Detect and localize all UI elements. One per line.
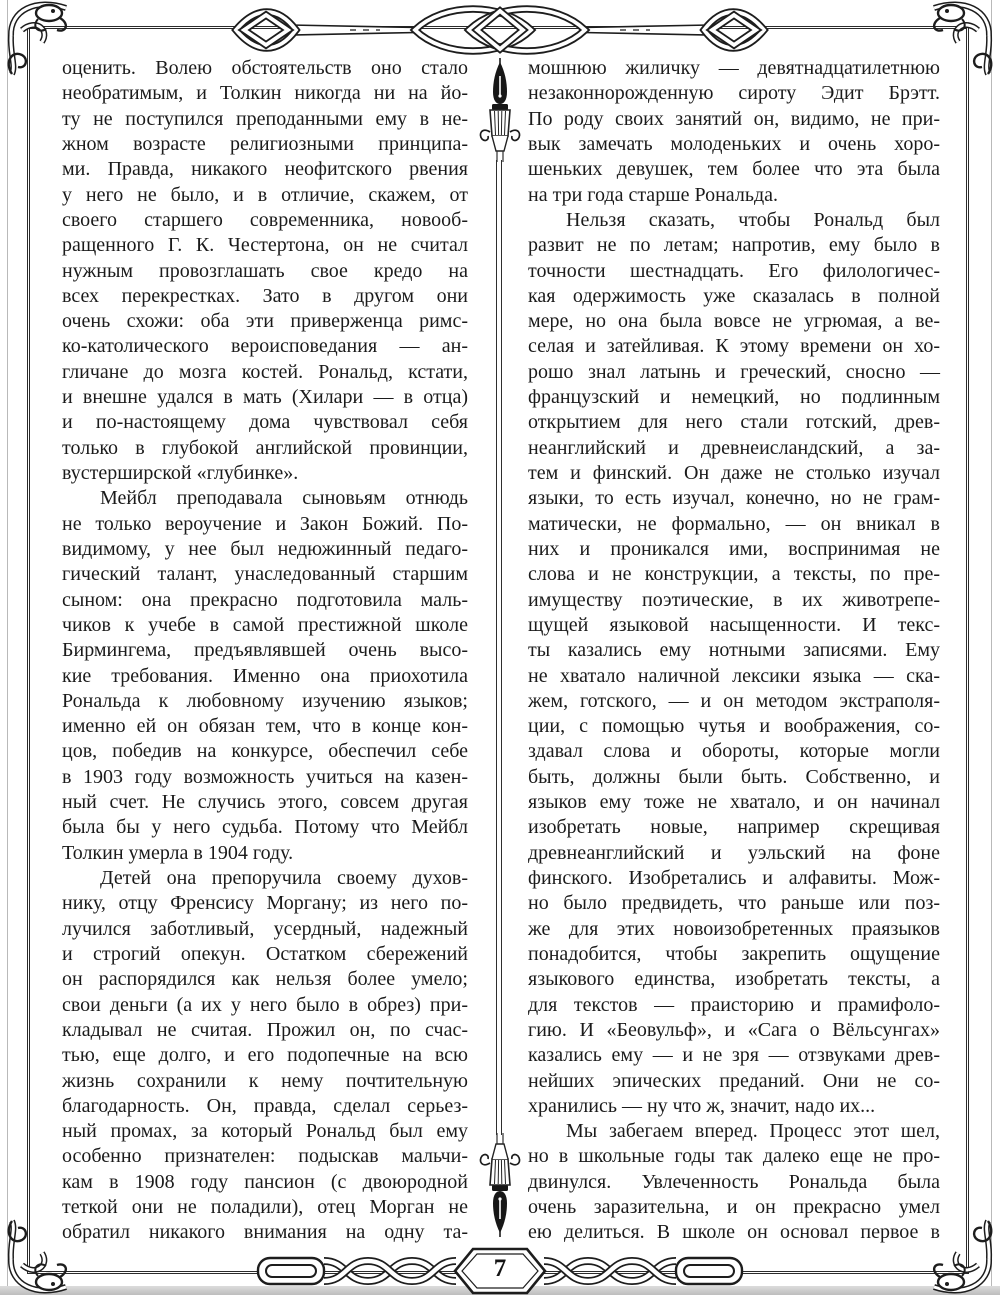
text-line: гию. И «Беовульф», и «Сага о Вёльсунгах» — [528, 1018, 940, 1043]
text-line: гический талант, унаследованный старшим — [62, 562, 468, 587]
text-line: была бы у него судьба. Потому что Мейбл — [62, 815, 468, 840]
text-line: ты казались ему нотными записями. Ему — [528, 638, 940, 663]
text-line: же для этих новоизобретенных праязыков — [528, 917, 940, 942]
scan-edge-line — [991, 0, 992, 1295]
text-line: кам в 1908 году пансион (с двоюродной — [62, 1170, 468, 1195]
text-line: цов, победив на конкурсе, обеспечил себе — [62, 739, 468, 764]
text-line: Рональда к любовному изучению языков; — [62, 689, 468, 714]
text-line: своего старшего современника, новооб- — [62, 208, 468, 233]
text-line: слова и не конструкции, а тексты, по пре… — [528, 562, 940, 587]
text-line: оценить. Волею обстоятельств оно стало — [62, 56, 468, 81]
text-line: необратимым, и Толкин никогда ни на йо- — [62, 81, 468, 106]
text-line: только в глубокой английской провинции, — [62, 436, 468, 461]
text-line: неанглийский и древнеисландский, а за- — [528, 436, 940, 461]
text-line: понадобится, чтобы закрепить ощущение — [528, 942, 940, 967]
text-line: для текстов — праисторию и прамифоло- — [528, 993, 940, 1018]
text-line: хранились — ну что ж, значит, надо их... — [528, 1094, 940, 1119]
text-line: Бирмингема, предъявлявшей очень высо- — [62, 638, 468, 663]
text-line: языки, то есть изучал, конечно, но не гр… — [528, 486, 940, 511]
text-line: Мейбл преподавала сыновьям отнюдь — [62, 486, 468, 511]
text-line: изобретать новые, например скрещивая — [528, 815, 940, 840]
text-line: рошо знал латынь и греческий, сносно — — [528, 360, 940, 385]
pen-nib-icon — [478, 58, 522, 162]
text-line: развит не по летам; напротив, ему было в — [528, 233, 940, 258]
text-line: но было предвидеть, что раньше или поз- — [528, 891, 940, 916]
text-line: очень заразительна, и он прекрасно умел — [528, 1195, 940, 1220]
text-line: именно ей он обязан тем, что в конце кон… — [62, 714, 468, 739]
text-line: чиков к учебе в самой престижной школе — [62, 613, 468, 638]
text-line: древнеанглийский и уэльский на фоне — [528, 841, 940, 866]
text-line: но в школьные годы так далеко еще не про… — [528, 1144, 940, 1169]
text-line: теткой они не поладили), отец Морган не — [62, 1195, 468, 1220]
text-line: ею делиться. В школе он основал первое в — [528, 1220, 940, 1245]
text-line: шеньких девушек, тем более что эта была — [528, 157, 940, 182]
text-line: на три года старше Рональда. — [528, 183, 940, 208]
text-line: Нельзя сказать, чтобы Рональд был — [528, 208, 940, 233]
text-line: незаконнорожденную сироту Эдит Брэтт. — [528, 81, 940, 106]
text-line: не только вероучение и Закон Божий. По- — [62, 512, 468, 537]
text-line: Мы забегаем вперед. Процесс этот шел, — [528, 1119, 940, 1144]
text-line: селая и затейливая. К этому времени он х… — [528, 334, 940, 359]
text-column-left: оценить. Волею обстоятельств оно сталоне… — [62, 56, 468, 1246]
text-line: и строгий опекун. Остатком сбережений — [62, 942, 468, 967]
text-line: нужным провозглашать свое кредо на — [62, 259, 468, 284]
page-number: 7 — [470, 1252, 530, 1286]
text-line: финского. Изобретались и алфавиты. Мож- — [528, 866, 940, 891]
text-line: нейших эпических преданий. Они не со- — [528, 1069, 940, 1094]
text-line: Толкин умерла в 1904 году. — [62, 841, 468, 866]
text-line: французский и немецкий, но подлинным — [528, 385, 940, 410]
text-line: очень схожи: оба эти приверженца римс- — [62, 309, 468, 334]
text-line: в 1903 году возможность учиться на казен… — [62, 765, 468, 790]
text-line: Детей она препоручила своему духов- — [62, 866, 468, 891]
text-line: свои деньги (а их у него было в обрез) п… — [62, 993, 468, 1018]
text-line: тем и финский. Он даже не столько изучал — [528, 461, 940, 486]
text-line: ми. Правда, никакого неофитского рвения — [62, 157, 468, 182]
text-line: По роду своих занятий он, видимо, не при… — [528, 107, 940, 132]
text-line: ту не поступился преподанными ему в не- — [62, 107, 468, 132]
text-line: особенно признателен: подыскав мальчи- — [62, 1144, 468, 1169]
pen-nib-icon — [478, 1133, 522, 1237]
text-line: ный промах, за который Рональд был ему — [62, 1119, 468, 1144]
text-line: матически, не формально, — он вникал в — [528, 512, 940, 537]
text-line: не хватало наличной лексики языка — ска- — [528, 664, 940, 689]
text-line: и внешне удался в мать (Хилари — в отца) — [62, 385, 468, 410]
text-line: тью, еще долго, и его подопечные на всю — [62, 1043, 468, 1068]
text-line: всех перекрестках. Зато в другом они — [62, 284, 468, 309]
text-line: точности шестнадцать. Его филологичес- — [528, 259, 940, 284]
text-line: них и проникался ими, воспринимая не — [528, 537, 940, 562]
text-line: жем, готского, — и он методом экстраполя… — [528, 689, 940, 714]
text-line: он распорядился как нельзя более умело; — [62, 967, 468, 992]
text-line: лучился заботливый, усердный, надежный — [62, 917, 468, 942]
text-line: здавал слова и обороты, которые могли — [528, 739, 940, 764]
text-line: ции, с помощью чутья и воображения, со- — [528, 714, 940, 739]
text-line: ный счет. Не случись этого, совсем друга… — [62, 790, 468, 815]
column-divider-rule — [496, 160, 502, 1135]
text-line: видимому, у нее был недюжинный педаго- — [62, 537, 468, 562]
text-line: ращенного Г. К. Честертона, он не считал — [62, 233, 468, 258]
text-line: вустерширской «глубинке». — [62, 461, 468, 486]
text-line: мошнюю жиличку — девятнадцатилетнюю — [528, 56, 940, 81]
text-line: кладывал не считая. Прожил он, по счас- — [62, 1018, 468, 1043]
text-line: двинулся. Увлеченность Рональда была — [528, 1170, 940, 1195]
text-line: вык замечать молоденьких и очень хоро- — [528, 132, 940, 157]
celtic-knot-headpiece-icon — [230, 2, 770, 58]
text-column-right: мошнюю жиличку — девятнадцатилетнююнезак… — [528, 56, 940, 1246]
text-line: открытием для него стали готский, древ- — [528, 410, 940, 435]
text-line: ко-католического вероисповедания — ан- — [62, 334, 468, 359]
text-line: казались ему — и не зря — отзвуками древ… — [528, 1043, 940, 1068]
text-line: у него не было, и в отличие, скажем, от — [62, 183, 468, 208]
text-line: обратил никакого внимания на одну та- — [62, 1220, 468, 1245]
scan-edge-line — [7, 0, 8, 1295]
text-line: жном возрасте религиозными принципа- — [62, 132, 468, 157]
book-page: оценить. Волею обстоятельств оно сталоне… — [0, 0, 1000, 1295]
text-line: имуществу поэтические, в их животрепе- — [528, 588, 940, 613]
text-line: щущей языковой насыщенности. И текс- — [528, 613, 940, 638]
text-line: и по-настоящему дома чувствовал себя — [62, 410, 468, 435]
text-line: кая одержимость уже сказалась в полной — [528, 284, 940, 309]
text-line: сыном: она прекрасно подготовила маль- — [62, 588, 468, 613]
text-line: мере, но она была вовсе не угрюмая, а ве… — [528, 309, 940, 334]
text-line: благодарность. Он, правда, сделал серьез… — [62, 1094, 468, 1119]
text-line: быть, должны были быть. Собственно, и — [528, 765, 940, 790]
text-line: языкового единства, изобретать тексты, а — [528, 967, 940, 992]
text-line: кие требования. Именно она приохотила — [62, 664, 468, 689]
text-line: жизнь сохранили к нему почтительную — [62, 1069, 468, 1094]
text-line: гличане до мозга костей. Рональд, кстати… — [62, 360, 468, 385]
text-line: языков ему тоже не хватало, и он начинал — [528, 790, 940, 815]
text-line: нику, отцу Френсису Моргану; из него по- — [62, 891, 468, 916]
